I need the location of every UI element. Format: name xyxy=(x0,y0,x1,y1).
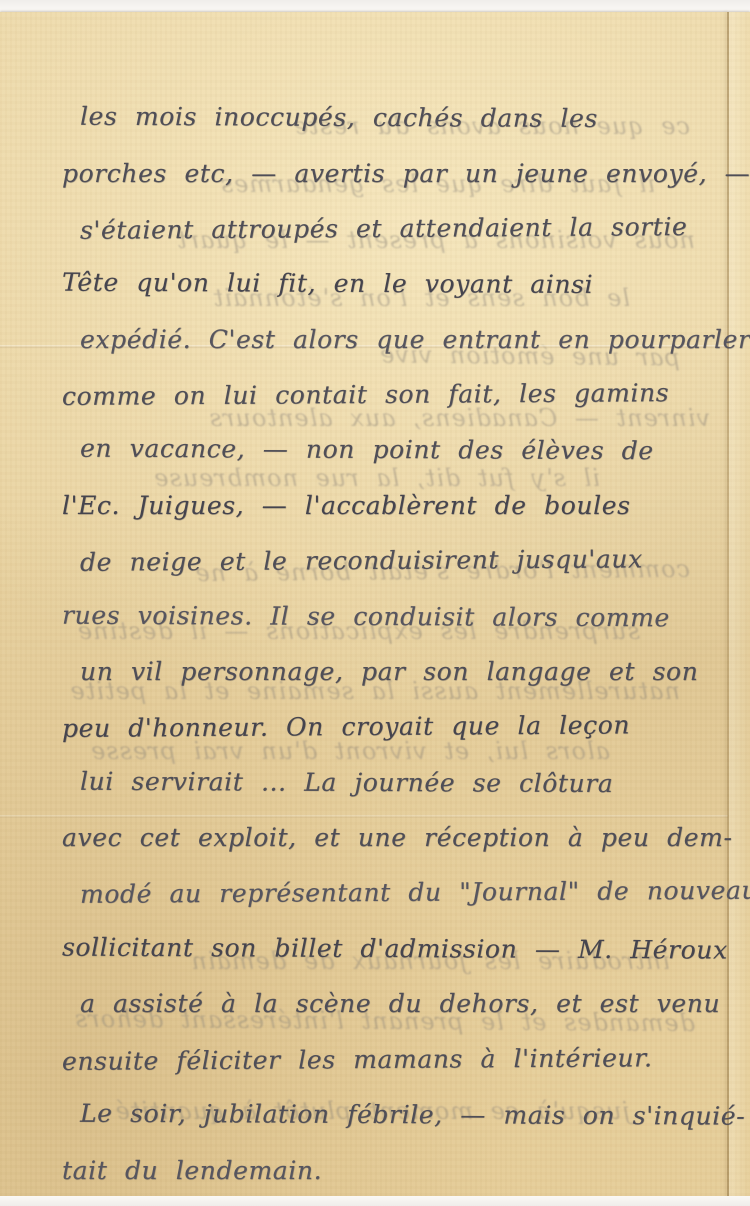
handwritten-line: l'Ec. Juigues, — l'accablèrent de boules xyxy=(0,478,750,533)
scan-border-top xyxy=(0,0,750,12)
handwritten-line: Le soir, jubilation fébrile, — mais on s… xyxy=(0,1085,750,1144)
handwritten-line: Tête qu'on lui fit, en le voyant ainsi xyxy=(0,255,750,314)
handwritten-line: peu d'honneur. On croyait que la leçon xyxy=(0,697,750,757)
handwritten-line: ensuite féliciter les mamans à l'intérie… xyxy=(0,1029,750,1089)
handwritten-line: expédié. C'est alors que entrant en pour… xyxy=(0,312,750,367)
handwritten-line: comme on lui contait son fait, les gamin… xyxy=(0,365,750,425)
handwritten-line: modé au représentant du "Journal" de nou… xyxy=(0,863,750,923)
handwritten-line: s'étaient attroupés et attendaient la so… xyxy=(0,198,750,258)
handwritten-line: lui servirait ... La journée se clôtura xyxy=(0,753,750,812)
scanned-letter-photo: { "document": { "kind": "handwritten let… xyxy=(0,0,750,1206)
handwritten-line: a assisté à la scène du dehors, et est v… xyxy=(0,976,750,1031)
handwritten-text-block: les mois inoccupés, cachés dans les porc… xyxy=(0,90,750,1198)
handwritten-line: avec cet exploit, et une réception à peu… xyxy=(0,810,750,865)
handwritten-line: un vil personnage, par son langage et so… xyxy=(0,644,750,699)
handwritten-line: de neige et le reconduisirent jusqu'aux xyxy=(0,531,750,591)
letter-page: ce que nous avons du reste il faut dire … xyxy=(0,12,750,1196)
handwritten-line: en vacance, — non point des élèves de xyxy=(0,421,750,480)
handwritten-line: tait du lendemain. xyxy=(0,1142,750,1197)
handwritten-line: sollicitant son billet d'admission — M. … xyxy=(0,919,750,978)
handwritten-line: porches etc, — avertis par un jeune envo… xyxy=(0,145,750,200)
handwritten-line: les mois inoccupés, cachés dans les xyxy=(0,88,750,147)
handwritten-line: rues voisines. Il se conduisit alors com… xyxy=(0,587,750,646)
